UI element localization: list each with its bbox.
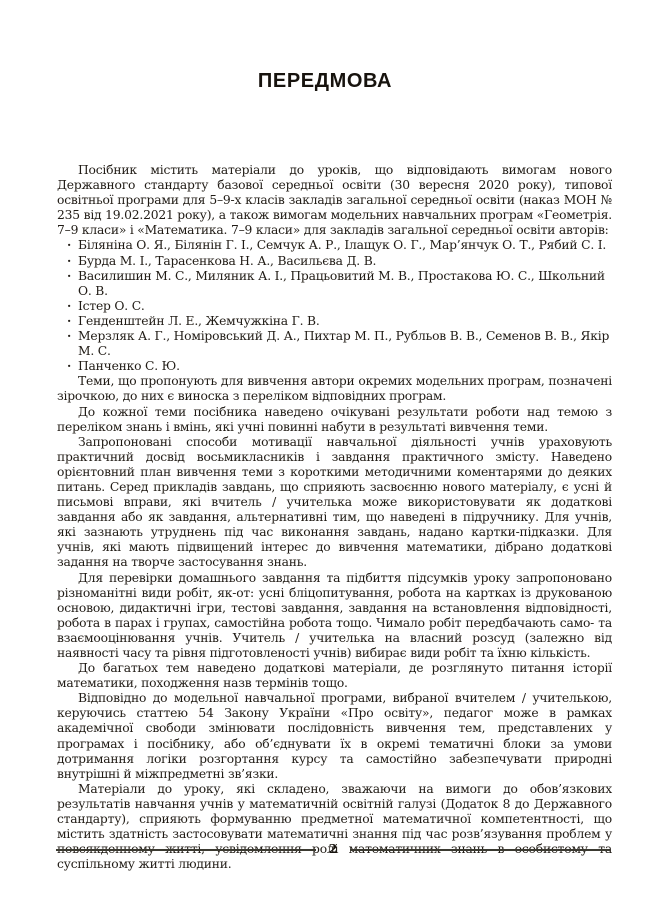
bullet-icon: · [67,253,71,268]
author-list-item: · Істер О. С. [57,299,612,314]
author-list-item: · Мерзляк А. Г., Номіровський Д. А., Пих… [57,329,612,359]
preface-text-block: Посібник містить матеріали до уроків, що… [57,163,612,872]
page-footer: 2 [56,842,610,857]
author-names: Бурда М. І., Тарасенкова Н. А., Васильєв… [78,254,376,268]
page-title: ПЕРЕДМОВА [0,70,650,93]
authors-list: · Біляніна О. Я., Білянін Г. І., Семчук … [57,238,612,374]
author-names: Василишин М. С., Миляник А. І., Працьови… [78,269,605,298]
body-paragraph: Запропоновані способи мотивації навчальн… [57,435,612,571]
bullet-icon: · [67,358,71,373]
author-names: Мерзляк А. Г., Номіровський Д. А., Пихта… [78,329,609,358]
bullet-icon: · [67,237,71,252]
author-list-item: · Бурда М. І., Тарасенкова Н. А., Василь… [57,254,612,269]
author-names: Генденштейн Л. Е., Жемчужкіна Г. В. [78,314,320,328]
document-page: ПЕРЕДМОВА Посібник містить матеріали до … [0,0,650,900]
author-names: Біляніна О. Я., Білянін Г. І., Семчук А.… [78,238,606,252]
author-names: Панченко С. Ю. [78,359,180,373]
bullet-icon: · [67,298,71,313]
bullet-icon: · [67,268,71,283]
page-number: 2 [329,843,338,856]
body-paragraph: До багатьох тем наведено додаткові матер… [57,661,612,691]
author-names: Істер О. С. [78,299,145,313]
body-paragraph: Матеріали до уроку, які складено, зважаю… [57,782,612,873]
footer-rule-right [350,849,610,851]
author-list-item: · Генденштейн Л. Е., Жемчужкіна Г. В. [57,314,612,329]
author-list-item: · Василишин М. С., Миляник А. І., Працьо… [57,269,612,299]
body-paragraph: Відповідно до модельної навчальної прогр… [57,691,612,782]
body-paragraph: Для перевірки домашнього завдання та під… [57,571,612,662]
bullet-icon: · [67,328,71,343]
body-paragraph: Теми, що пропонують для вивчення автори … [57,374,612,404]
body-paragraph: До кожної теми посібника наведено очікув… [57,405,612,435]
footer-rule-left [56,849,316,851]
bullet-icon: · [67,313,71,328]
intro-paragraph: Посібник містить матеріали до уроків, що… [57,163,612,238]
author-list-item: · Біляніна О. Я., Білянін Г. І., Семчук … [57,238,612,253]
author-list-item: · Панченко С. Ю. [57,359,612,374]
